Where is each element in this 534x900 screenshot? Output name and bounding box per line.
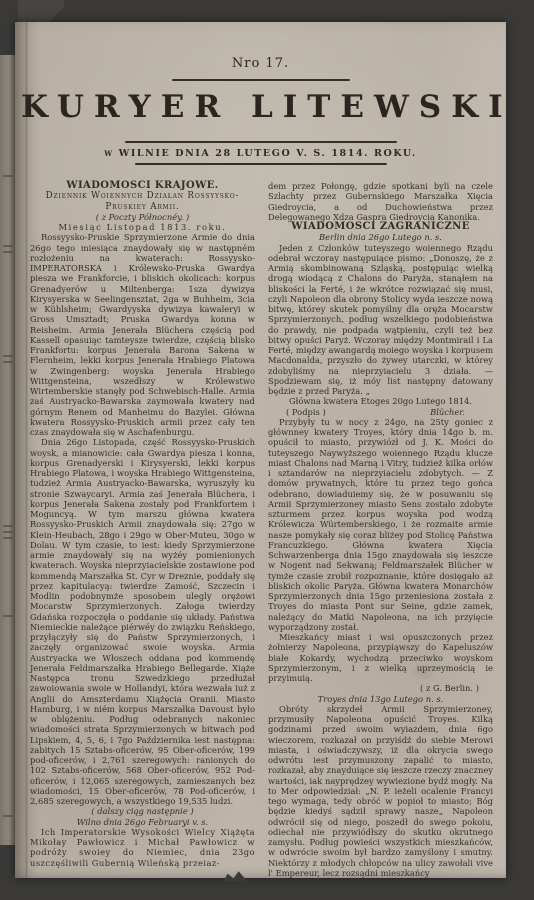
article-paragraph: dem przez Połongę, gdzie spotkani byli n… bbox=[268, 181, 493, 222]
article-paragraph: Dnia 26go Listopada, część Rossyysko-Pru… bbox=[30, 437, 255, 806]
article-paragraph: Rossyysko-Pruskie Sprzymierzone Armie do… bbox=[30, 232, 255, 437]
dateline-troyes: Troyes dnia 13go Lutego n. s. bbox=[268, 694, 493, 704]
page-edge-fragment bbox=[3, 245, 12, 247]
page-edge-fragment bbox=[3, 615, 12, 617]
article-paragraph: Jeden z Członków tuteyszego woiennego Rz… bbox=[268, 243, 493, 397]
page-edge-fragment bbox=[3, 175, 12, 177]
date-heading: Miesiąc Listopad 1813. roku. bbox=[30, 222, 255, 232]
signature-label: ( Podpis ) bbox=[286, 407, 326, 417]
right-column: dem przez Połongę, gdzie spotkani byli n… bbox=[268, 181, 493, 878]
continuation-note: ( dalszy ciąg następnie ) bbox=[30, 806, 255, 816]
dateline-berlin: Berlin dnia 26go Lutego n. s. bbox=[268, 232, 493, 242]
article-paragraph: Ich Imperatorskie Wysokości Wielcy Xiążę… bbox=[30, 827, 255, 868]
article-paragraph: Obróty skrzydeł Armii Sprzymierzoney, pr… bbox=[268, 704, 493, 878]
source-attribution: ( z G. Berlin. ) bbox=[268, 683, 493, 693]
newspaper-page: Nro 17. KURYER LITEWSKI w WILNIE DNIA 28… bbox=[15, 22, 506, 878]
section-heading-foreign: WIADOMOSCI ZAGRANICZNE bbox=[268, 222, 493, 232]
article-columns: WIADOMOSCI KRAJOWE. Dziennik Woiennych D… bbox=[15, 165, 506, 878]
page-edge-fragment bbox=[3, 355, 12, 357]
page-edge-fragment bbox=[3, 251, 12, 253]
newspaper-title: KURYER LITEWSKI bbox=[15, 89, 506, 125]
left-column: WIADOMOSCI KRAJOWE. Dziennik Woiennych D… bbox=[30, 181, 255, 878]
source-note: ( z Poczty Północnéy. ) bbox=[30, 212, 255, 222]
signature-name: Blücher. bbox=[430, 407, 465, 417]
article-paragraph: Przybyły tu w nocy z 24go, na 25ty gonie… bbox=[268, 417, 493, 632]
article-paragraph: Mieszkańcy miast i wsi opuszczonych prze… bbox=[268, 632, 493, 683]
issue-number: Nro 17. bbox=[15, 22, 506, 71]
page-edge-fragment bbox=[3, 815, 12, 817]
masthead-dateline: w WILNIE DNIA 28 LUTEGO V. S. 1814. ROKU… bbox=[15, 148, 506, 159]
dateline-wilno: Wilno dnia 26go Februaryi v. s. bbox=[30, 817, 255, 827]
masthead: Nro 17. KURYER LITEWSKI w WILNIE DNIA 28… bbox=[15, 22, 506, 165]
dateline-rule-top bbox=[125, 141, 397, 143]
adjacent-page-sliver bbox=[0, 55, 16, 845]
dateline-rule-bottom bbox=[135, 163, 387, 165]
page-edge-fragment bbox=[3, 531, 12, 533]
page-edge-fragment bbox=[3, 525, 12, 527]
headquarters-line: Główna kwatera Etoges 20go Lutego 1814. bbox=[268, 396, 493, 406]
section-heading-domestic: WIADOMOSCI KRAJOWE. bbox=[30, 181, 255, 191]
page-edge-fragment bbox=[3, 537, 12, 539]
article-subheading: Dziennik Woiennych Działan Rossyysko-Pru… bbox=[30, 191, 255, 212]
masthead-rule-top bbox=[172, 79, 350, 81]
page-edge-fragment bbox=[3, 361, 12, 363]
signature-row: ( Podpis ) Blücher. bbox=[268, 407, 493, 417]
